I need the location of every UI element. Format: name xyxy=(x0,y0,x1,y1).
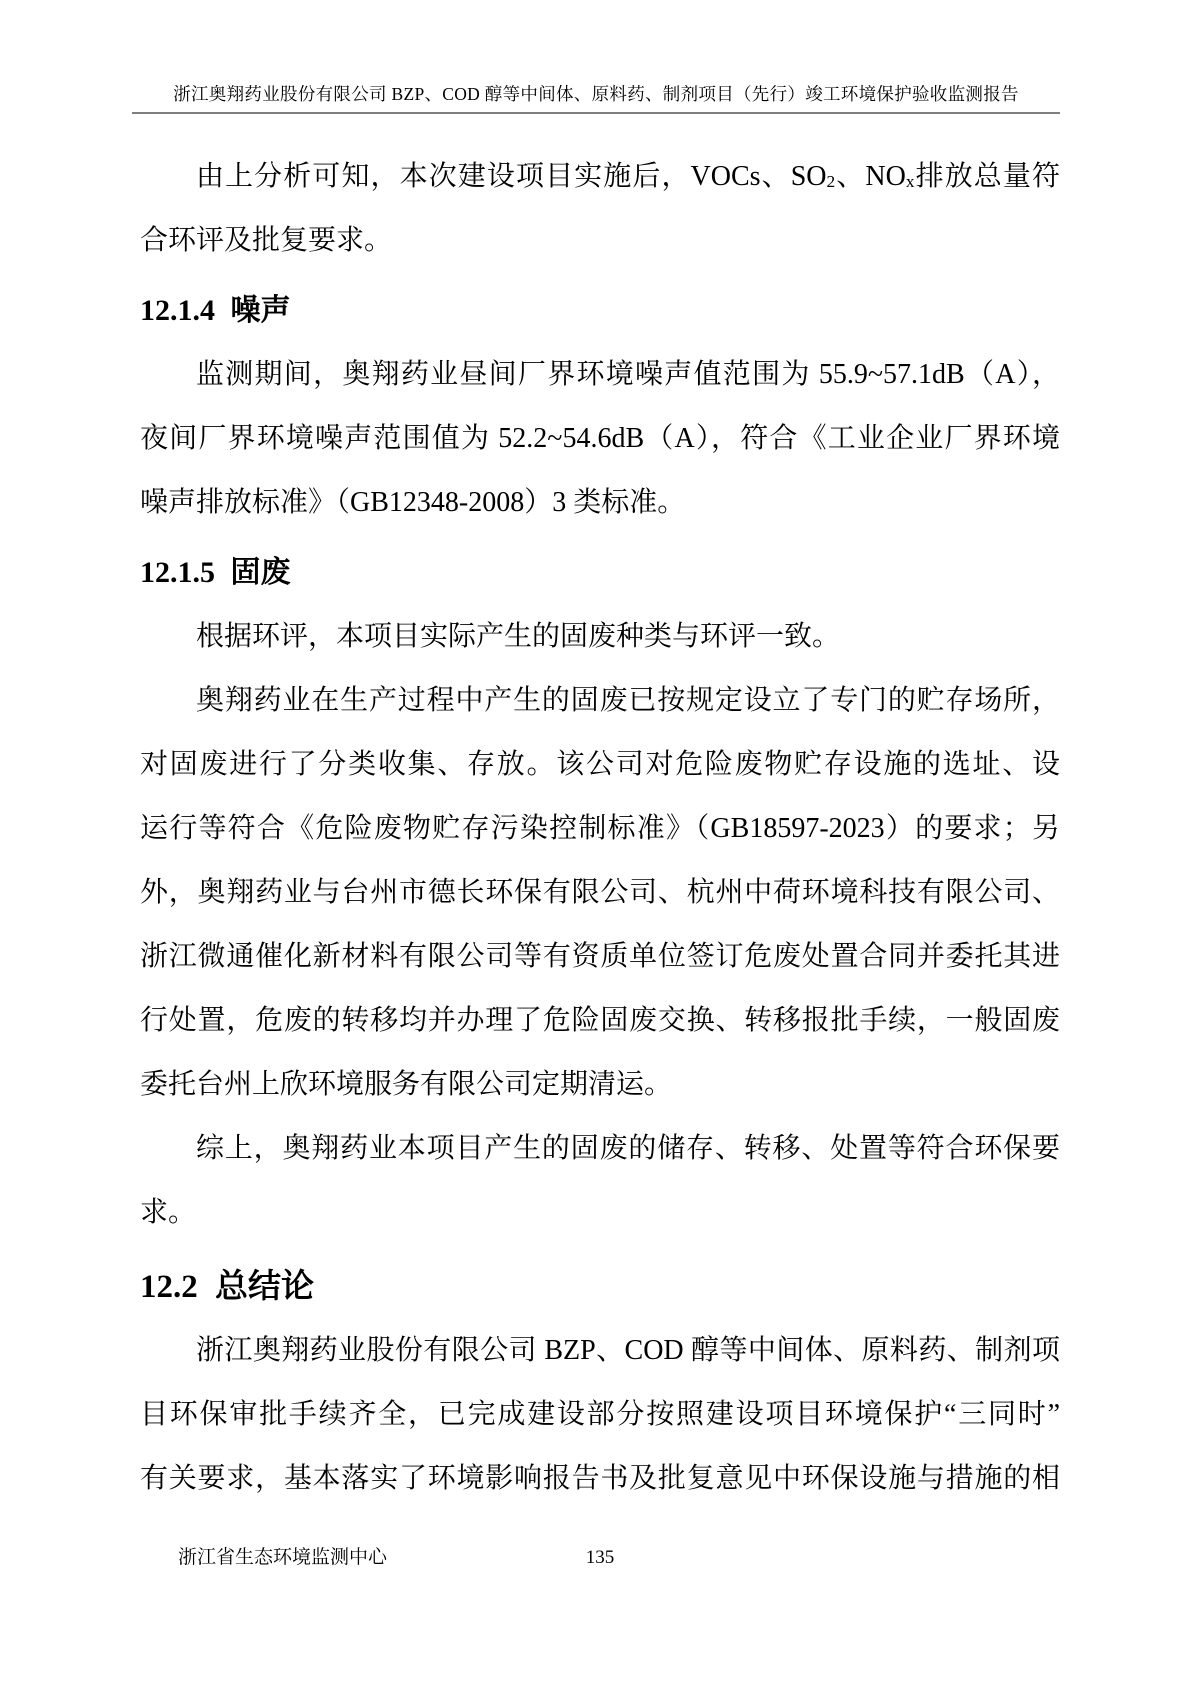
text-line: 有关要求，基本落实了环境影响报告书及批复意见中环保设施与措施的相 xyxy=(140,1447,1060,1511)
text-line: 运行等符合《危险废物贮存污染控制标准》（GB18597-2023）的要求；另 xyxy=(140,797,1060,861)
text-line: 噪声排放标准》（GB12348-2008）3 类标准。 xyxy=(140,471,1060,535)
text-line: 外，奥翔药业与台州市德长环保有限公司、杭州中荷环境科技有限公司、 xyxy=(140,861,1060,925)
text-line: 行处置，危废的转移均并办理了危险固废交换、转移报批手续，一般固废 xyxy=(140,989,1060,1053)
text-line: 监测期间，奥翔药业昼间厂界环境噪声值范围为 55.9~57.1dB（A）， xyxy=(140,343,1060,407)
footer-organization: 浙江省生态环境监测中心 xyxy=(178,1545,387,1571)
text-line: 合环评及批复要求。 xyxy=(140,209,1060,273)
text-line: 求。 xyxy=(140,1181,1060,1245)
section-heading: 12.1.4 噪声 xyxy=(140,279,1060,343)
text-line: 目环保审批手续齐全，已完成建设部分按照建设项目环境保护“三同时” xyxy=(140,1383,1060,1447)
document-page: 浙江奥翔药业股份有限公司 BZP、COD 醇等中间体、原料药、制剂项目（先行）竣… xyxy=(0,0,1190,1683)
text-line: 对固废进行了分类收集、存放。该公司对危险废物贮存设施的选址、设计、 xyxy=(140,733,1060,797)
text-line: 夜间厂界环境噪声范围值为 52.2~54.6dB（A），符合《工业企业厂界环境 xyxy=(140,407,1060,471)
document-body: 由上分析可知，本次建设项目实施后，VOCs、SO2、NOx排放总量符合环评及批复… xyxy=(140,145,1060,1511)
text-line: 委托台州上欣环境服务有限公司定期清运。 xyxy=(140,1053,1060,1117)
text-line: 综上，奥翔药业本项目产生的固废的储存、转移、处置等符合环保要 xyxy=(140,1117,1060,1181)
header-rule xyxy=(132,112,1060,114)
text-line: 浙江奥翔药业股份有限公司 BZP、COD 醇等中间体、原料药、制剂项 xyxy=(140,1319,1060,1383)
subscript-text: 2 xyxy=(827,172,836,191)
page-header-title: 浙江奥翔药业股份有限公司 BZP、COD 醇等中间体、原料药、制剂项目（先行）竣… xyxy=(132,82,1060,106)
section-heading: 12.2 总结论 xyxy=(140,1255,1060,1319)
text-line: 由上分析可知，本次建设项目实施后，VOCs、SO2、NOx排放总量符 xyxy=(140,145,1060,209)
text-line: 奥翔药业在生产过程中产生的固废已按规定设立了专门的贮存场所， xyxy=(140,669,1060,733)
text-line: 浙江微通催化新材料有限公司等有资质单位签订危废处置合同并委托其进 xyxy=(140,925,1060,989)
section-heading: 12.1.5 固废 xyxy=(140,541,1060,605)
subscript-text: x xyxy=(906,172,915,191)
text-line: 根据环评，本项目实际产生的固废种类与环评一致。 xyxy=(140,605,1060,669)
